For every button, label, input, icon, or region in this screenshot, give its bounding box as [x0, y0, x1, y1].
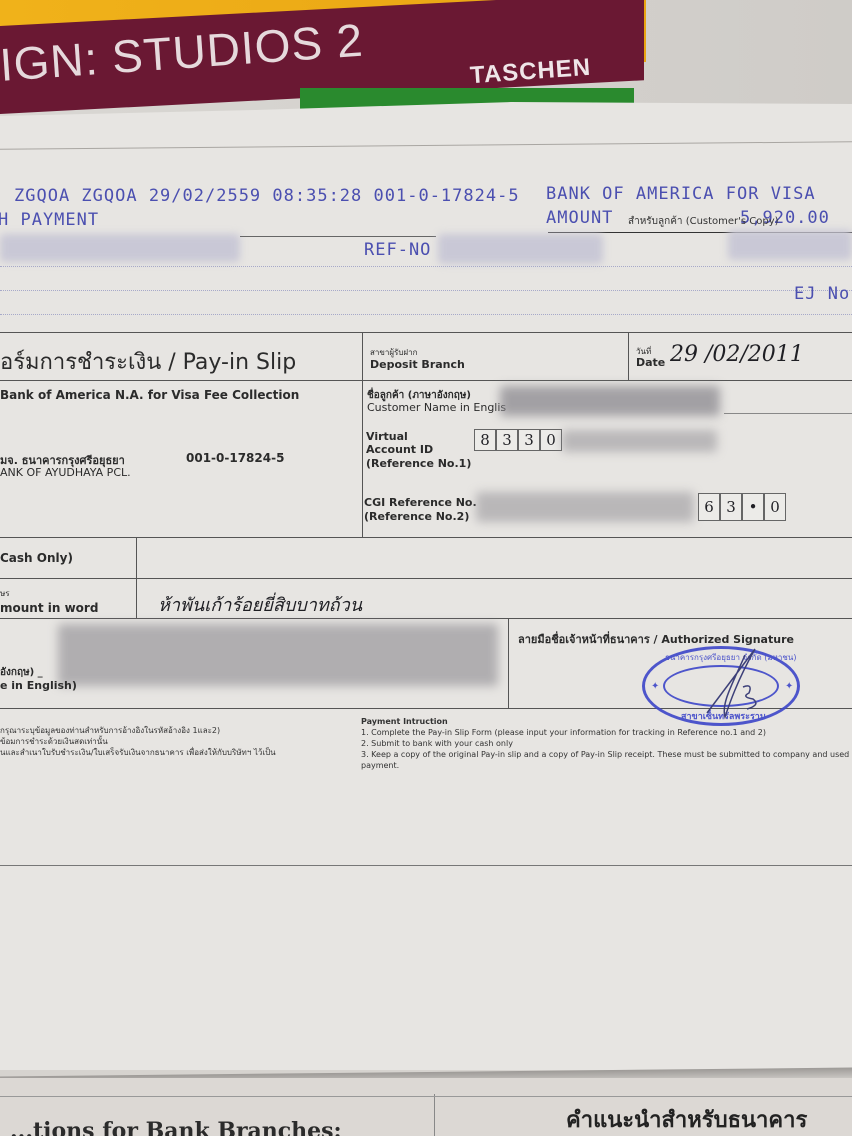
grid-line [0, 865, 852, 866]
name-underline [724, 413, 852, 414]
ref-no-label: REF-NO [364, 240, 431, 260]
grid-line [508, 618, 509, 708]
virtual-account-digit[interactable]: 8 [474, 429, 496, 451]
instruction-item: 1. Complete the Pay-in Slip Form (please… [361, 727, 849, 738]
validation-payee: BANK OF AMERICA FOR VISA [546, 184, 816, 204]
virtual-account-digit[interactable]: 0 [540, 429, 562, 451]
date-label: Date [636, 356, 665, 369]
cgi-reference-digit[interactable]: 6 [698, 493, 720, 521]
ref-divider [240, 236, 436, 237]
customer-copy-note: สำหรับลูกค้า (Customer's Copy) [628, 214, 779, 229]
grid-line [0, 537, 852, 538]
instruction-item: payment. [361, 760, 849, 771]
cgi-reference-digit[interactable]: 3 [720, 493, 742, 521]
instruction-item: 3. Keep a copy of the original Pay-in sl… [361, 749, 849, 760]
amount-word-th: ษร [0, 587, 10, 600]
virtual-account-label-3: (Reference No.1) [366, 457, 471, 470]
virtual-account-digit[interactable]: 3 [518, 429, 540, 451]
grid-line [0, 332, 852, 333]
cgi-reference-label-2: (Reference No.2) [364, 510, 469, 523]
grid-line [0, 380, 852, 381]
deposit-branch-label: Deposit Branch [370, 358, 465, 371]
instruction-item: 2. Submit to bank with your cash only [361, 738, 849, 749]
grid-line [136, 537, 137, 618]
redacted-field [0, 234, 240, 262]
print-guide-line [0, 290, 852, 291]
redacted-depositor-info [58, 624, 498, 686]
slip-title: อร์มการชำระเงิน / Pay-in Slip [0, 344, 296, 379]
instructions-th: กรุณาระบุข้อมูลของท่านสำหรับการอ้างอิงใน… [0, 725, 276, 758]
amount-in-word-label: mount in word [0, 601, 98, 615]
instruction-th-line: ข้อมการชำระด้วยเงินสดเท่านั้น [0, 736, 276, 747]
date-value[interactable]: 29 /02/2011 [670, 342, 804, 367]
customer-name-label: Customer Name in Englis [367, 401, 506, 414]
depositor-name-th: อังกฤษ) _ [0, 665, 43, 680]
star-icon: ✦ [785, 681, 793, 692]
bank-name-en: ANK OF AYUDHAYA PCL. [0, 466, 131, 479]
star-icon: ✦ [651, 681, 659, 692]
grid-line [628, 332, 629, 380]
virtual-account-label-2: Account ID [366, 443, 433, 456]
grid-line [362, 332, 363, 537]
amount-in-word-value[interactable]: ห้าพันเก้าร้อยยี่สิบบาทถ้วน [158, 590, 362, 619]
bank-account-number: 001-0-17824-5 [186, 451, 284, 465]
grid-line [0, 578, 852, 579]
next-sheet-left-heading: ...tions for Bank Branches: [10, 1118, 342, 1136]
virtual-account-label-1: Virtual [366, 430, 408, 443]
virtual-account-digit[interactable]: 3 [496, 429, 518, 451]
instruction-th-line: นและสำเนาใบรับชำระเงิน/ใบเสร็จรับเงินจาก… [0, 747, 276, 758]
signature-scribble [685, 643, 775, 723]
grid-line [0, 1096, 852, 1097]
instruction-th-line: กรุณาระบุข้อมูลของท่านสำหรับการอ้างอิงใน… [0, 725, 276, 736]
instructions-en: Payment Intruction 1. Complete the Pay-i… [361, 716, 849, 771]
cgi-reference-digit[interactable]: • [742, 493, 764, 521]
redacted-field [728, 230, 852, 260]
grid-line [0, 618, 852, 619]
payee-name: Bank of America N.A. for Visa Fee Collec… [0, 388, 299, 402]
cash-only-label: Cash Only) [0, 551, 73, 565]
grid-line [434, 1094, 435, 1136]
validation-amount-label: AMOUNT [546, 208, 613, 228]
next-sheet: ...tions for Bank Branches: คำแนะนำสำหรั… [0, 1078, 852, 1136]
print-guide-line [0, 314, 852, 315]
redacted-ref-no [438, 234, 603, 264]
validation-line-2: H PAYMENT [0, 210, 99, 230]
validation-line-1: ZGQOA ZGQOA 29/02/2559 08:35:28 001-0-17… [14, 186, 520, 206]
instructions-heading: Payment Intruction [361, 716, 849, 727]
cgi-reference-label-1: CGI Reference No. [364, 496, 477, 509]
ej-no-label: EJ No [794, 284, 850, 304]
bank-stamp: ธนาคารกรุงศรีอยุธยา จำกัด (มหาชน) สาขาเซ… [642, 646, 800, 726]
cgi-reference-digit[interactable]: 0 [764, 493, 786, 521]
print-guide-line [0, 266, 852, 267]
next-sheet-right-heading: คำแนะนำสำหรับธนาคาร [566, 1102, 807, 1136]
redacted-cgi-reference [476, 492, 694, 522]
depositor-name-label: e in English) [0, 679, 77, 692]
redacted-customer-name [500, 386, 720, 416]
redacted-virtual-account [562, 430, 717, 452]
